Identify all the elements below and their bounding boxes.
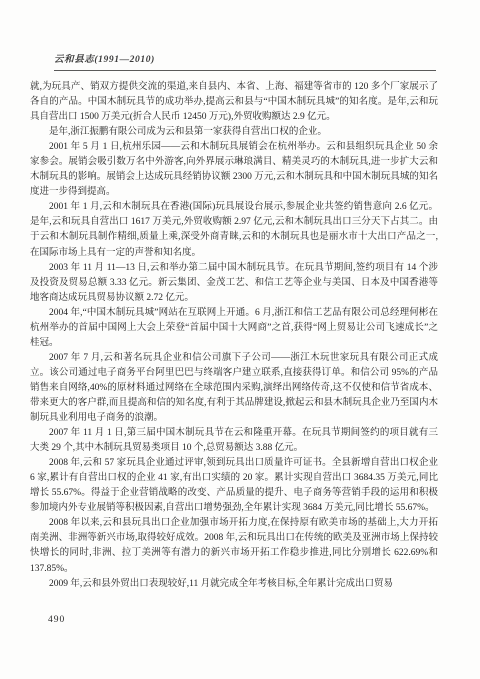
body-paragraph: 就,为玩具产、销双方提供交流的渠道,来自县内、本省、上海、福建等省市的 120 … xyxy=(30,80,438,125)
body-paragraph: 2008 年,云和 57 家玩具企业通过评审,领到玩具出口质量许可证书。全县新增… xyxy=(30,456,438,516)
body-paragraph: 2008 年以来,云和县玩具出口企业加强市场开拓力度,在保持原有欧美市场的基础上… xyxy=(30,516,438,576)
running-header-title: 云和县志(1991—2010) xyxy=(54,51,155,65)
body-paragraph: 2007 年 11 月 1 日,第三届中国木制玩具节在云和隆重开幕。在玩具节期间… xyxy=(30,426,438,456)
body-paragraph: 2001 年 5 月 1 日,杭州乐园——云和木制玩具展销会在杭州举办。云和县组… xyxy=(30,140,438,200)
body-paragraph: 2003 年 11 月 11—13 日,云和举办第二届中国木制玩具节。在玩具节期… xyxy=(30,261,438,306)
body-paragraph: 2001 年 1 月,云和木制玩具在香港(国际)玩具展设台展示,参展企业共签约销… xyxy=(30,200,438,260)
page-body-text: 就,为玩具产、销双方提供交流的渠道,来自县内、本省、上海、福建等省市的 120 … xyxy=(30,80,438,592)
scanned-book-page: 云和县志(1991—2010) 就,为玩具产、销双方提供交流的渠道,来自县内、本… xyxy=(0,0,480,679)
body-paragraph: 是年,浙江振鹏有限公司成为云和县第一家获得自营出口权的企业。 xyxy=(30,125,438,140)
body-paragraph: 2004 年,“中国木制玩具城”网站在互联网上开通。6 月,浙江和信工艺品有限公… xyxy=(30,306,438,351)
page-number: 490 xyxy=(48,615,65,625)
body-paragraph: 2009 年,云和县外贸出口表现较好,11 月就完成全年考核目标,全年累计完成出… xyxy=(30,577,438,592)
running-header: 云和县志(1991—2010) xyxy=(54,49,436,71)
body-paragraph: 2007 年 7 月,云和著名玩具企业和信公司旗下子公司——浙江木玩世家玩具有限… xyxy=(30,351,438,426)
